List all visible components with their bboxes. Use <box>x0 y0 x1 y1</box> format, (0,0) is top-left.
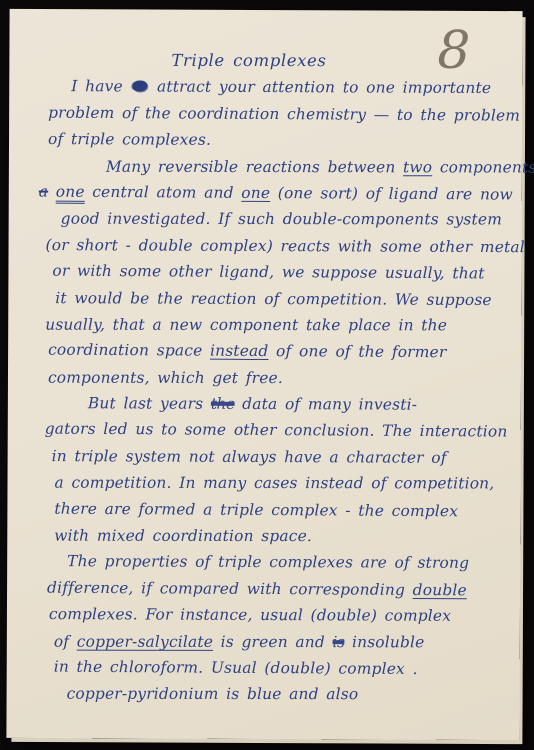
manuscript-line: a competition. In many cases instead of … <box>8 470 521 497</box>
text-segment: instead <box>210 342 269 360</box>
text-segment: The properties of triple complexes are o… <box>67 553 469 573</box>
text-segment: central atom and <box>85 183 242 202</box>
text-segment: or with some other ligand, we suppose us… <box>52 262 484 283</box>
manuscript-line: in the chloroform. Usual (double) comple… <box>7 653 520 683</box>
text-segment: coordination space <box>48 341 210 360</box>
text-segment: it would be the reaction of competition.… <box>55 289 492 309</box>
text-segment: problem of the coordination chemistry — … <box>48 103 520 124</box>
manuscript-line: I have attract your attention to one imp… <box>9 73 522 102</box>
manuscript-line: gators led us to some other conclusion. … <box>8 416 521 446</box>
text-segment: (one sort) of ligand are now <box>270 184 513 204</box>
text-segment: the <box>211 395 235 413</box>
text-segment: complexes. For instance, usual (double) … <box>49 605 451 625</box>
text-segment: attract your attention to one importante <box>149 78 491 97</box>
manuscript-line: complexes. For instance, usual (double) … <box>7 601 520 630</box>
text-segment: is green and <box>213 633 332 651</box>
text-segment: good investigated. If such double-compon… <box>61 210 502 229</box>
text-segment: of triple complexes. <box>48 130 211 149</box>
manuscript-line: But last years the data of many investi- <box>8 390 521 419</box>
manuscript-line: or with some other ligand, we suppose us… <box>8 257 521 287</box>
manuscript-line: good investigated. If such double-compon… <box>9 206 522 233</box>
text-segment: is <box>333 633 345 651</box>
text-segment: there are formed a triple complex - the … <box>54 499 458 520</box>
text-segment: I have <box>71 78 130 96</box>
text-segment: Many reversible reactions between <box>106 157 403 176</box>
text-segment: one <box>241 184 270 202</box>
text-segment: Triple complexes <box>171 51 326 70</box>
manuscript-line: of copper-salycilate is green and is ins… <box>7 628 520 655</box>
text-segment: in triple system not always have a chara… <box>52 447 447 467</box>
text-segment: difference, if compared with correspondi… <box>47 578 413 598</box>
text-segment: a competition. In many cases instead of … <box>55 474 495 493</box>
text-segment: two <box>403 158 432 176</box>
manuscript-line: in triple system not always have a chara… <box>8 443 521 472</box>
manuscript-line: (or short - double complex) reacts with … <box>9 232 522 261</box>
text-segment: copper-salycilate <box>77 632 213 650</box>
text-segment: of one of the former <box>268 342 446 361</box>
text-segment: copper-pyridonium is blue and also <box>67 685 359 704</box>
manuscript-line: there are formed a triple complex - the … <box>7 495 520 525</box>
text-segment: insoluble <box>344 633 424 651</box>
manuscript-line: coordination space instead of one of the… <box>8 337 521 367</box>
text-segment: double <box>413 581 467 599</box>
manuscript-line: The properties of triple complexes are o… <box>7 548 520 577</box>
document-title-line: Triple complexes <box>9 48 522 75</box>
ink-blot-scribble <box>132 81 147 92</box>
text-segment: (or short - double complex) reacts with … <box>46 236 525 256</box>
manuscript-line: with mixed coordination space. <box>7 523 520 550</box>
text-segment: in the chloroform. Usual (double) comple… <box>54 658 418 678</box>
manuscript-line: problem of the coordination chemistry — … <box>9 99 522 129</box>
manuscript-line: a one central atom and one (one sort) of… <box>9 178 522 208</box>
manuscript-lines: Triple complexesI have attract your atte… <box>7 47 523 709</box>
text-segment: one <box>56 183 85 204</box>
text-segment: with mixed coordination space. <box>54 527 312 545</box>
manuscript-line: usually, that a new component take place… <box>8 311 521 338</box>
manuscript-line: Many reversible reactions between two co… <box>9 153 522 180</box>
text-segment: components <box>432 158 534 176</box>
text-segment: data of many investi- <box>235 395 418 414</box>
manuscript-line: components, which get free. <box>8 364 521 391</box>
paper-sheet: 8 Triple complexesI have attract your at… <box>6 9 522 740</box>
text-segment: components, which get free. <box>48 368 283 386</box>
text-segment: But last years <box>88 394 211 413</box>
manuscript-line: copper-pyridonium is blue and also <box>7 681 520 708</box>
text-segment: usually, that a new component take place… <box>45 316 447 335</box>
manuscript-line: difference, if compared with correspondi… <box>7 574 520 604</box>
manuscript-line: of triple complexes. <box>9 126 522 155</box>
manuscript-line: it would be the reaction of competition.… <box>8 284 521 313</box>
text-segment: of <box>54 632 77 650</box>
text-segment: gators led us to some other conclusion. … <box>45 420 508 441</box>
manuscript-photo: 8 Triple complexesI have attract your at… <box>0 0 534 750</box>
text-segment <box>48 183 56 201</box>
